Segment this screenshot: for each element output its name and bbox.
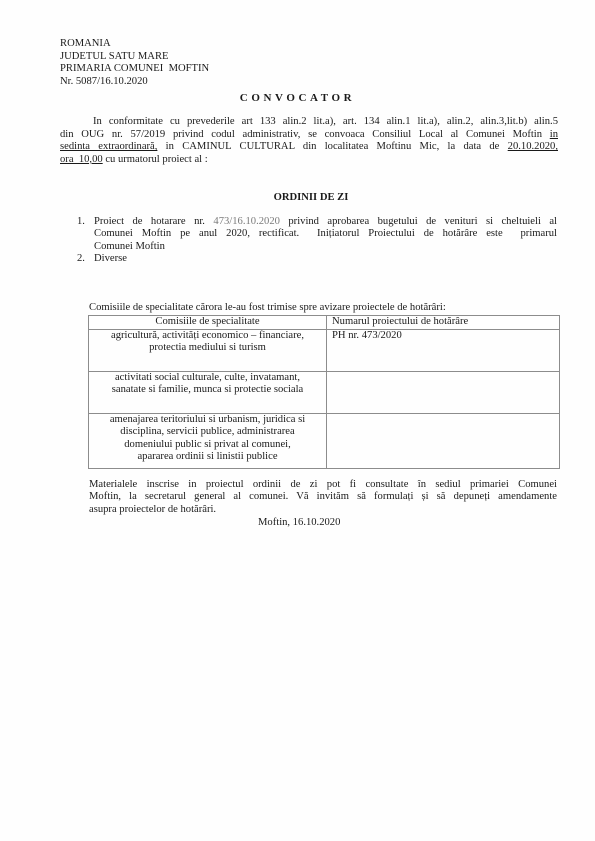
agenda-item-1-text-cont: privind aprobarea bugetului de venituri … bbox=[280, 216, 557, 227]
intro-line-4-text: cu urmatorul proiect al : bbox=[103, 154, 208, 165]
meeting-date: 20.10.2020, bbox=[508, 141, 558, 152]
intro-line-2-text: din OUG nr. 57/2019 privind codul admini… bbox=[60, 129, 550, 140]
intro-line-1-text: In conformitate cu prevederile art 133 a… bbox=[93, 116, 558, 127]
closing-line-3: asupra proiectelor de hotărâri. bbox=[89, 504, 557, 516]
commission-line: sanatate si familie, munca si protectie … bbox=[93, 384, 322, 396]
intro-line-2: din OUG nr. 57/2019 privind codul admini… bbox=[60, 129, 558, 142]
header-registration-number: Nr. 5087/16.10.2020 bbox=[60, 76, 209, 89]
intro-line-3: sedinta extraordinară, in CAMINUL CULTUR… bbox=[60, 141, 558, 154]
closing-paragraph: Materialele inscrise in proiectul ordini… bbox=[89, 479, 557, 516]
column-header-project-number: Numarul proiectului de hotărâre bbox=[327, 316, 560, 330]
agenda-title: ORDINII DE ZI bbox=[0, 192, 595, 204]
agenda-item-1-text: Proiect de hotarare nr. bbox=[94, 216, 213, 227]
commission-line: agricultură, activități economico – fina… bbox=[93, 330, 322, 342]
agenda-item-text: Diverse bbox=[94, 253, 557, 265]
project-number-cell: PH nr. 473/2020 bbox=[327, 330, 560, 372]
commission-cell: agricultură, activități economico – fina… bbox=[89, 330, 327, 372]
commission-line: protectia mediului si turism bbox=[93, 342, 322, 354]
commission-line: disciplina, servicii publice, administra… bbox=[93, 426, 322, 438]
table-row: activitati social culturale, culte, inva… bbox=[89, 372, 560, 414]
agenda-item: 2. Diverse bbox=[77, 253, 557, 265]
table-row: amenajarea teritoriului si urbanism, jur… bbox=[89, 414, 560, 469]
table-row: agricultură, activități economico – fina… bbox=[89, 330, 560, 372]
column-header-commission: Comisiile de specialitate bbox=[89, 316, 327, 330]
commission-line: domeniului public si privat al comunei, bbox=[93, 439, 322, 451]
intro-underlined-in: in bbox=[550, 129, 558, 140]
agenda-list: 1. Proiect de hotarare nr. 473/16.10.202… bbox=[77, 216, 557, 266]
closing-line-2: Moftin, la secretarul general al comunei… bbox=[89, 491, 557, 503]
document-title: CONVOCATOR bbox=[0, 92, 595, 104]
agenda-item-1-line-3: Comunei Moftin bbox=[94, 241, 557, 253]
document-page: ROMANIA JUDETUL SATU MARE PRIMARIA COMUN… bbox=[0, 0, 595, 841]
header-country: ROMANIA bbox=[60, 38, 209, 51]
intro-line-4: ora 10,00 cu urmatorul proiect al : bbox=[60, 154, 558, 167]
header-institution: PRIMARIA COMUNEI MOFTIN bbox=[60, 63, 209, 76]
commission-cell: activitati social culturale, culte, inva… bbox=[89, 372, 327, 414]
commission-line: amenajarea teritoriului si urbanism, jur… bbox=[93, 414, 322, 426]
closing-line-1: Materialele inscrise in proiectul ordini… bbox=[89, 479, 557, 491]
intro-line-3-text: in CAMINUL CULTURAL din localitatea Moft… bbox=[157, 141, 507, 152]
project-number-cell bbox=[327, 372, 560, 414]
table-header-row: Comisiile de specialitate Numarul proiec… bbox=[89, 316, 560, 330]
commission-line: activitati social culturale, culte, inva… bbox=[93, 372, 322, 384]
agenda-item-1-line-1: Proiect de hotarare nr. 473/16.10.2020 p… bbox=[94, 216, 557, 228]
agenda-item-text: Proiect de hotarare nr. 473/16.10.2020 p… bbox=[94, 216, 557, 253]
document-header: ROMANIA JUDETUL SATU MARE PRIMARIA COMUN… bbox=[60, 38, 209, 88]
commissions-table: Comisiile de specialitate Numarul proiec… bbox=[88, 315, 560, 469]
commission-cell: amenajarea teritoriului si urbanism, jur… bbox=[89, 414, 327, 469]
agenda-item-2-line-1: Diverse bbox=[94, 253, 557, 265]
header-county: JUDETUL SATU MARE bbox=[60, 51, 209, 64]
intro-paragraph: In conformitate cu prevederile art 133 a… bbox=[60, 116, 558, 166]
meeting-type: sedinta extraordinară, bbox=[60, 141, 157, 152]
intro-line-1: In conformitate cu prevederile art 133 a… bbox=[60, 116, 558, 129]
project-number-cell bbox=[327, 414, 560, 469]
place-and-date: Moftin, 16.10.2020 bbox=[258, 517, 340, 529]
commission-line: apararea ordinii si linistii publice bbox=[93, 451, 322, 463]
project-reference: 473/16.10.2020 bbox=[213, 216, 280, 227]
agenda-item-number: 2. bbox=[77, 253, 85, 265]
meeting-time: ora 10,00 bbox=[60, 154, 103, 165]
commissions-caption: Comisiile de specialitate cărora le-au f… bbox=[89, 302, 446, 314]
agenda-item-1-line-2: Comunei Moftin pe anul 2020, rectificat.… bbox=[94, 228, 557, 240]
agenda-item: 1. Proiect de hotarare nr. 473/16.10.202… bbox=[77, 216, 557, 253]
agenda-item-number: 1. bbox=[77, 216, 85, 228]
